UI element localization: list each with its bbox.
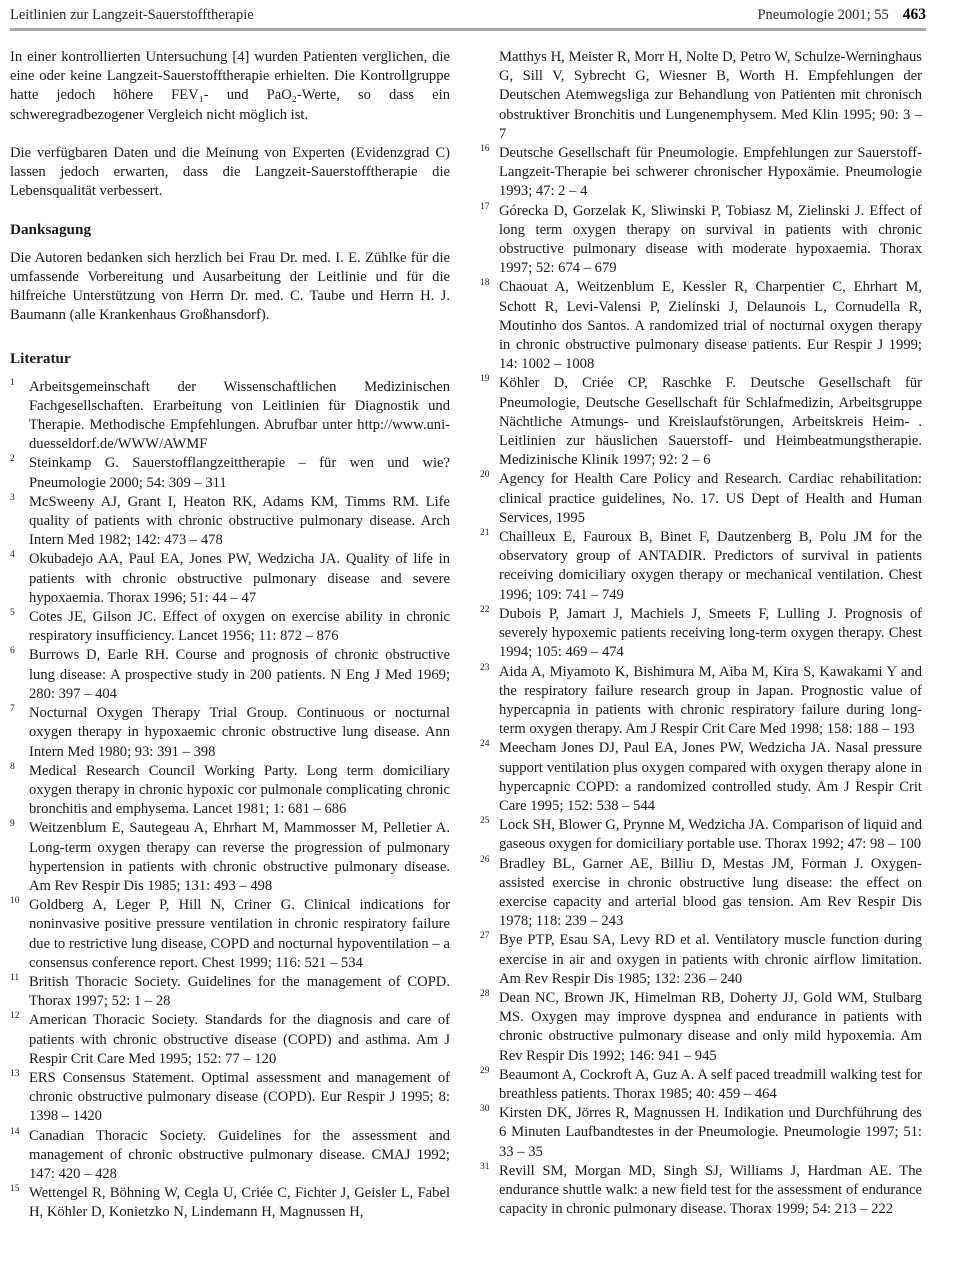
reference-text: Kirsten DK, Jörres R, Magnussen H. Indik…	[499, 1105, 922, 1159]
reference-item: 2Steinkamp G. Sauerstofflangzeittherapie…	[10, 454, 450, 492]
reference-number: 13	[10, 1070, 29, 1080]
reference-number: 19	[480, 375, 499, 385]
body-paragraph-comparison-study: In einer kontrollierten Untersuchung [4]…	[10, 48, 450, 125]
reference-list-right: 16Deutsche Gesellschaft für Pneumologie.…	[480, 144, 922, 1219]
journal-citation: Pneumologie 2001; 55	[757, 7, 888, 24]
reference-number: 16	[480, 145, 499, 155]
reference-text: Wettengel R, Böhning W, Cegla U, Criée C…	[29, 1185, 450, 1220]
reference-text: British Thoracic Society. Guidelines for…	[29, 974, 450, 1009]
two-column-body: In einer kontrollierten Untersuchung [4]…	[0, 31, 960, 1223]
reference-item: 1Arbeitsgemeinschaft der Wissenschaftlic…	[10, 378, 450, 455]
reference-number: 30	[480, 1105, 499, 1115]
reference-text: Agency for Health Care Policy and Resear…	[499, 471, 922, 525]
reference-item: 15Wettengel R, Böhning W, Cegla U, Criée…	[10, 1184, 450, 1222]
acknowledgement-text: Die Autoren bedanken sich herzlich bei F…	[10, 249, 450, 326]
reference-item: 23Aida A, Miyamoto K, Bishimura M, Aiba …	[480, 663, 922, 740]
reference-number: 20	[480, 471, 499, 481]
reference-item: 27Bye PTP, Esau SA, Levy RD et al. Venti…	[480, 931, 922, 989]
reference-item: 26Bradley BL, Garner AE, Billiu D, Mesta…	[480, 855, 922, 932]
reference-item: 5Cotes JE, Gilson JC. Effect of oxygen o…	[10, 608, 450, 646]
running-title: Leitlinien zur Langzeit-Sauerstofftherap…	[10, 7, 254, 24]
reference-item: 4Okubadejo AA, Paul EA, Jones PW, Wedzic…	[10, 550, 450, 608]
reference-item: 12American Thoracic Society. Standards f…	[10, 1011, 450, 1069]
reference-text: Lock SH, Blower G, Prynne M, Wedzicha JA…	[499, 817, 922, 852]
running-head: Leitlinien zur Langzeit-Sauerstofftherap…	[0, 0, 960, 24]
reference-number: 14	[10, 1128, 29, 1138]
reference-number: 27	[480, 932, 499, 942]
acknowledgement-heading: Danksagung	[10, 220, 450, 239]
reference-item: 29Beaumont A, Cockroft A, Guz A. A self …	[480, 1066, 922, 1104]
reference-text: Dean NC, Brown JK, Himelman RB, Doherty …	[499, 990, 922, 1064]
reference-item: 21Chailleux E, Fauroux B, Binet F, Dautz…	[480, 528, 922, 605]
reference-number: 3	[10, 494, 29, 504]
journal-page: Leitlinien zur Langzeit-Sauerstofftherap…	[0, 0, 960, 1271]
reference-item: 11British Thoracic Society. Guidelines f…	[10, 973, 450, 1011]
reference-number: 6	[10, 647, 29, 657]
reference-item: 9Weitzenblum E, Sautegeau A, Ehrhart M, …	[10, 819, 450, 896]
reference-text: Chaouat A, Weitzenblum E, Kessler R, Cha…	[499, 279, 922, 372]
running-head-right: Pneumologie 2001; 55 463	[757, 6, 926, 24]
reference-text: Burrows D, Earle RH. Course and prognosi…	[29, 647, 450, 701]
reference-item: 22Dubois P, Jamart J, Machiels J, Smeets…	[480, 605, 922, 663]
reference-text: Arbeitsgemeinschaft der Wissenschaftlich…	[29, 379, 450, 453]
left-column: In einer kontrollierten Untersuchung [4]…	[10, 48, 450, 1223]
reference-text: Cotes JE, Gilson JC. Effect of oxygen on…	[29, 609, 450, 644]
reference-number: 15	[10, 1185, 29, 1195]
reference-text: Beaumont A, Cockroft A, Guz A. A self pa…	[499, 1067, 922, 1102]
reference-number: 24	[480, 740, 499, 750]
reference-item: 17Górecka D, Gorzelak K, Sliwinski P, To…	[480, 202, 922, 279]
references-heading: Literatur	[10, 349, 450, 368]
reference-item: 6Burrows D, Earle RH. Course and prognos…	[10, 646, 450, 704]
reference-text: Medical Research Council Working Party. …	[29, 763, 450, 817]
reference-item: 19Köhler D, Criée CP, Raschke F. Deutsch…	[480, 374, 922, 470]
reference-text: Chailleux E, Fauroux B, Binet F, Dautzen…	[499, 529, 922, 603]
reference-item: 16Deutsche Gesellschaft für Pneumologie.…	[480, 144, 922, 202]
reference-number: 12	[10, 1012, 29, 1022]
reference-item: 25Lock SH, Blower G, Prynne M, Wedzicha …	[480, 816, 922, 854]
reference-text: Goldberg A, Leger P, Hill N, Criner G. C…	[29, 897, 450, 971]
reference-number: 10	[10, 897, 29, 907]
reference-list-left: 1Arbeitsgemeinschaft der Wissenschaftlic…	[10, 378, 450, 1223]
reference-number: 21	[480, 529, 499, 539]
reference-number: 8	[10, 763, 29, 773]
reference-item: 14Canadian Thoracic Society. Guidelines …	[10, 1127, 450, 1185]
reference-number: 17	[480, 203, 499, 213]
reference-item: 20Agency for Health Care Policy and Rese…	[480, 470, 922, 528]
reference-number: 26	[480, 856, 499, 866]
reference-number: 5	[10, 609, 29, 619]
reference-text: ERS Consensus Statement. Optimal assessm…	[29, 1070, 450, 1124]
reference-number: 23	[480, 664, 499, 674]
reference-text: Revill SM, Morgan MD, Singh SJ, Williams…	[499, 1163, 922, 1217]
reference-text: American Thoracic Society. Standards for…	[29, 1012, 450, 1066]
reference-text: McSweeny AJ, Grant I, Heaton RK, Adams K…	[29, 494, 450, 548]
reference-item: 13ERS Consensus Statement. Optimal asses…	[10, 1069, 450, 1127]
reference-item: 8Medical Research Council Working Party.…	[10, 762, 450, 820]
reference-item: 18Chaouat A, Weitzenblum E, Kessler R, C…	[480, 278, 922, 374]
reference-text: Steinkamp G. Sauerstofflangzeittherapie …	[29, 455, 450, 490]
reference-number: 9	[10, 820, 29, 830]
reference-item: 31Revill SM, Morgan MD, Singh SJ, Willia…	[480, 1162, 922, 1220]
reference-number: 18	[480, 279, 499, 289]
reference-number: 28	[480, 990, 499, 1000]
reference-number: 7	[10, 705, 29, 715]
reference-number: 25	[480, 817, 499, 827]
reference-item: 28Dean NC, Brown JK, Himelman RB, Dohert…	[480, 989, 922, 1066]
reference-text: Köhler D, Criée CP, Raschke F. Deutsche …	[499, 375, 922, 468]
reference-text: Okubadejo AA, Paul EA, Jones PW, Wedzich…	[29, 551, 450, 605]
reference-item: 3McSweeny AJ, Grant I, Heaton RK, Adams …	[10, 493, 450, 551]
reference-item: 30Kirsten DK, Jörres R, Magnussen H. Ind…	[480, 1104, 922, 1162]
reference-number: 4	[10, 551, 29, 561]
reference-text: Aida A, Miyamoto K, Bishimura M, Aiba M,…	[499, 664, 922, 738]
reference-number: 31	[480, 1163, 499, 1173]
reference-text: Canadian Thoracic Society. Guidelines fo…	[29, 1128, 450, 1182]
reference-number: 11	[10, 974, 29, 984]
reference-item: 10Goldberg A, Leger P, Hill N, Criner G.…	[10, 896, 450, 973]
reference-text: Dubois P, Jamart J, Machiels J, Smeets F…	[499, 606, 922, 660]
reference-text: Bye PTP, Esau SA, Levy RD et al. Ventila…	[499, 932, 922, 986]
reference-text: Bradley BL, Garner AE, Billiu D, Mestas …	[499, 856, 922, 930]
reference-number: 1	[10, 379, 29, 389]
reference-item: 24Meecham Jones DJ, Paul EA, Jones PW, W…	[480, 739, 922, 816]
body-paragraph-evidence-grade: Die verfügbaren Daten und die Meinung vo…	[10, 144, 450, 202]
reference-item: 7Nocturnal Oxygen Therapy Trial Group. C…	[10, 704, 450, 762]
reference-number: 29	[480, 1067, 499, 1077]
reference-text: Weitzenblum E, Sautegeau A, Ehrhart M, M…	[29, 820, 450, 894]
reference-number: 2	[10, 455, 29, 465]
reference-15-continuation: Matthys H, Meister R, Morr H, Nolte D, P…	[499, 48, 922, 144]
page-number: 463	[903, 6, 926, 24]
reference-text: Meecham Jones DJ, Paul EA, Jones PW, Wed…	[499, 740, 922, 814]
reference-text: Górecka D, Gorzelak K, Sliwinski P, Tobi…	[499, 203, 922, 277]
reference-number: 22	[480, 606, 499, 616]
right-column: Matthys H, Meister R, Morr H, Nolte D, P…	[480, 48, 922, 1223]
reference-text: Nocturnal Oxygen Therapy Trial Group. Co…	[29, 705, 450, 759]
reference-text: Deutsche Gesellschaft für Pneumologie. E…	[499, 145, 922, 199]
